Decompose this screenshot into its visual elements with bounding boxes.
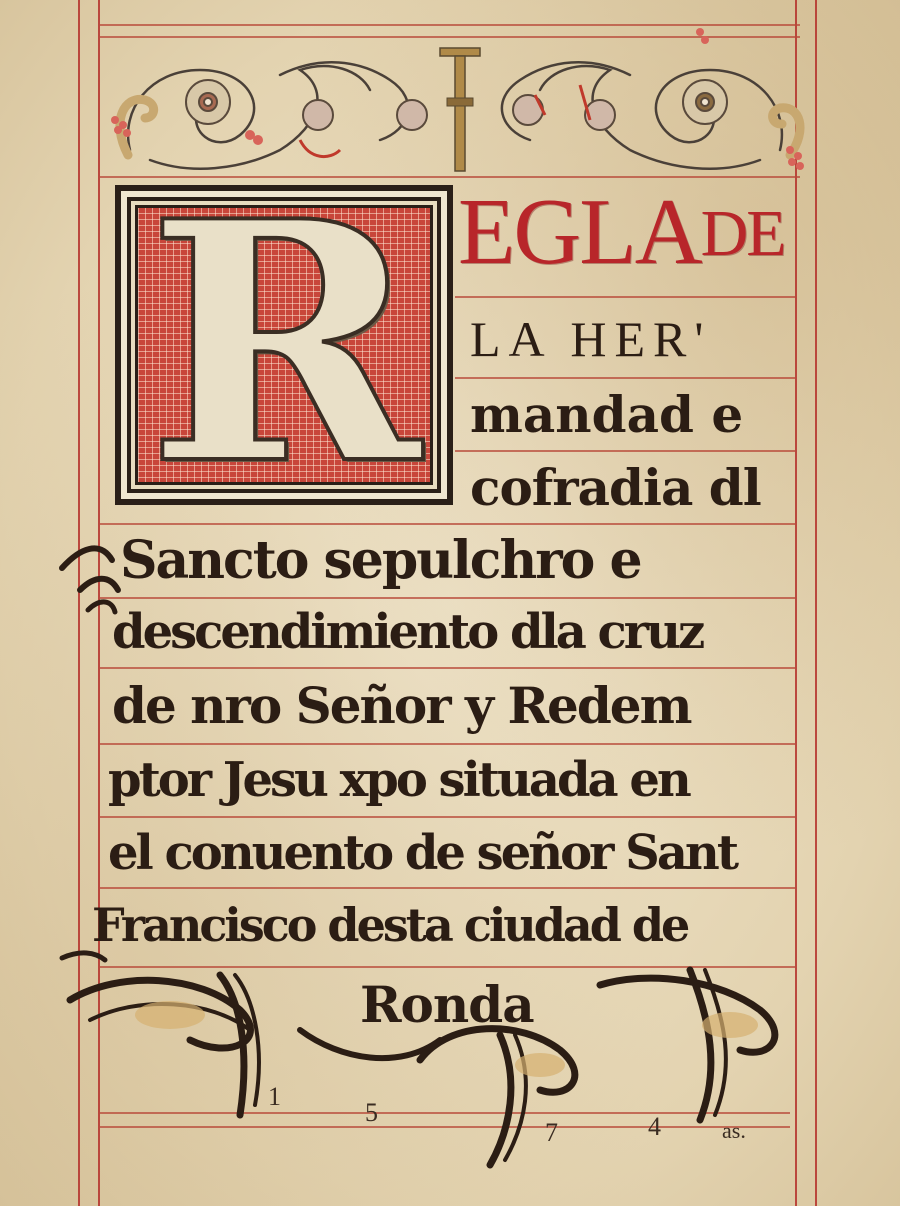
date-digit-1: 1: [268, 1082, 281, 1112]
place-name-ronda: Ronda: [360, 975, 534, 1034]
date-digit-7: 7: [545, 1118, 558, 1148]
date-digit-5: 5: [365, 1098, 378, 1128]
manuscript-page: R EGLADE LA HER' mandad e cofradia dl Sa…: [0, 0, 900, 1206]
date-digit-4: 4: [648, 1112, 661, 1142]
date-suffix: as.: [722, 1118, 746, 1144]
